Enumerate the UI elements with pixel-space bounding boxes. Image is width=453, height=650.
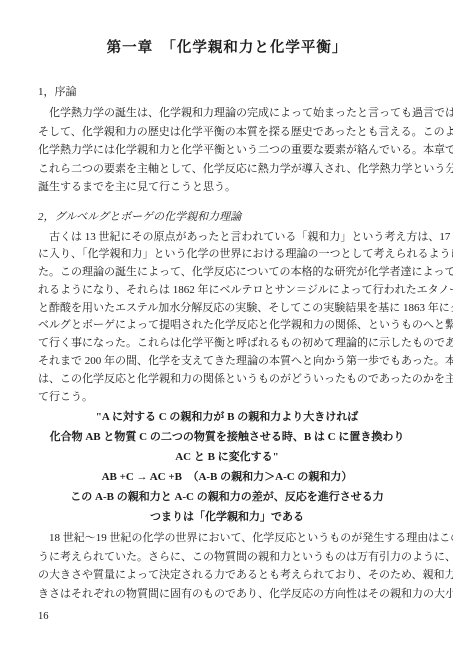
text-line: 化学熱力学には化学親和力と化学平衡という二つの重要な要素が絡んでいる。本章では、 <box>38 141 416 160</box>
text-line: そして、化学親和力の歴史は化学平衡の本質を探る歴史であったとも言える。このように… <box>38 123 416 142</box>
text-line: 誕生するまでを主に見て行こうと思う。 <box>38 178 416 197</box>
affinity-quote-block: "A に対する C の親和力が B の親和力より大きければ化合物 AB と物質 … <box>38 407 416 527</box>
text-line: それまで 200 年の間、化学を支えてきた理論の本質へと向かう第一歩でもあった。… <box>38 353 416 371</box>
page-content: 第一章 「化学親和力と化学平衡」 1，序論 化学熱力学の誕生は、化学親和力理論の… <box>0 40 453 624</box>
text-line: うに考えられていた。さらに、この物質間の親和力というものは万有引力のように、物質 <box>38 548 416 567</box>
text-line: "A に対する C の親和力が B の親和力より大きければ <box>38 407 416 427</box>
text-line: は、この化学反応と化学親和力の関係というものがどういったものであったのかを主に見 <box>38 371 416 389</box>
section-2-continued-paragraph: 18 世紀～19 世紀の化学の世界において、化学反応というものが発生する理由はこ… <box>38 529 416 603</box>
text-line: これら二つの要素を主軸として、化学反応に熱力学が導入され、化学熱力学という分野が <box>38 160 416 179</box>
text-line: 化合物 AB と物質 C の二つの物質を接触させる時、B は C に置き換わり <box>38 427 416 447</box>
text-line: AC と B に変化する" <box>38 447 416 467</box>
text-line: に入り、「化学親和力」という化学の世界における理論の一つとして考えられるようにな… <box>38 246 416 264</box>
chapter-title: 第一章 「化学親和力と化学平衡」 <box>38 40 416 57</box>
text-line: きさはそれぞれの物質間に固有のものであり、化学反応の方向性はその親和力の大小によ <box>38 585 416 604</box>
text-line: この A-B の親和力と A-C の親和力の差が、反応を進行させる力 <box>38 487 416 507</box>
text-line: 18 世紀～19 世紀の化学の世界において、化学反応というものが発生する理由はこ… <box>38 529 416 548</box>
section-2-paragraph: 古くは 13 世紀にその原点があったと言われている「親和力」という考え方は、17… <box>38 229 416 407</box>
text-line: つまりは「化学親和力」である <box>38 507 416 527</box>
text-line: て行こう。 <box>38 389 416 407</box>
section-1-heading: 1，序論 <box>38 85 416 100</box>
text-line: 化学熱力学の誕生は、化学親和力理論の完成によって始まったと言っても過言ではない。 <box>38 104 416 123</box>
section-1-paragraph: 化学熱力学の誕生は、化学親和力理論の完成によって始まったと言っても過言ではない。… <box>38 104 416 197</box>
text-line: た。この理論の誕生によって、化学反応についての本格的な研究が化学者達によって行わ <box>38 264 416 282</box>
text-line: と酢酸を用いたエステル加水分解反応の実験、そしてこの実験結果を基に 1863 年… <box>38 300 416 318</box>
section-2-heading: 2，グルベルグとボーゲの化学親和力理論 <box>38 210 416 225</box>
text-line: ベルグとボーゲによって提唱された化学反応と化学親和力の関係、というものへと繋がっ <box>38 317 416 335</box>
text-line: 古くは 13 世紀にその原点があったと言われている「親和力」という考え方は、17… <box>38 229 416 247</box>
text-line: の大きさや質量によって決定される力であるとも考えられており、そのため、親和力の大 <box>38 566 416 585</box>
text-line: AB +C → AC +B （A-B の親和力＞A-C の親和力） <box>38 467 416 487</box>
text-line: れるようになり、それらは 1862 年にベルテロとサン＝ジルによって行われたエタ… <box>38 282 416 300</box>
page-number: 16 <box>38 610 416 624</box>
document-page: 第一章 「化学親和力と化学平衡」 1，序論 化学熱力学の誕生は、化学親和力理論の… <box>0 0 453 650</box>
text-line: て行く事になった。これらは化学平衡と呼ばれるもの初めて理論的に示したものであり、 <box>38 335 416 353</box>
